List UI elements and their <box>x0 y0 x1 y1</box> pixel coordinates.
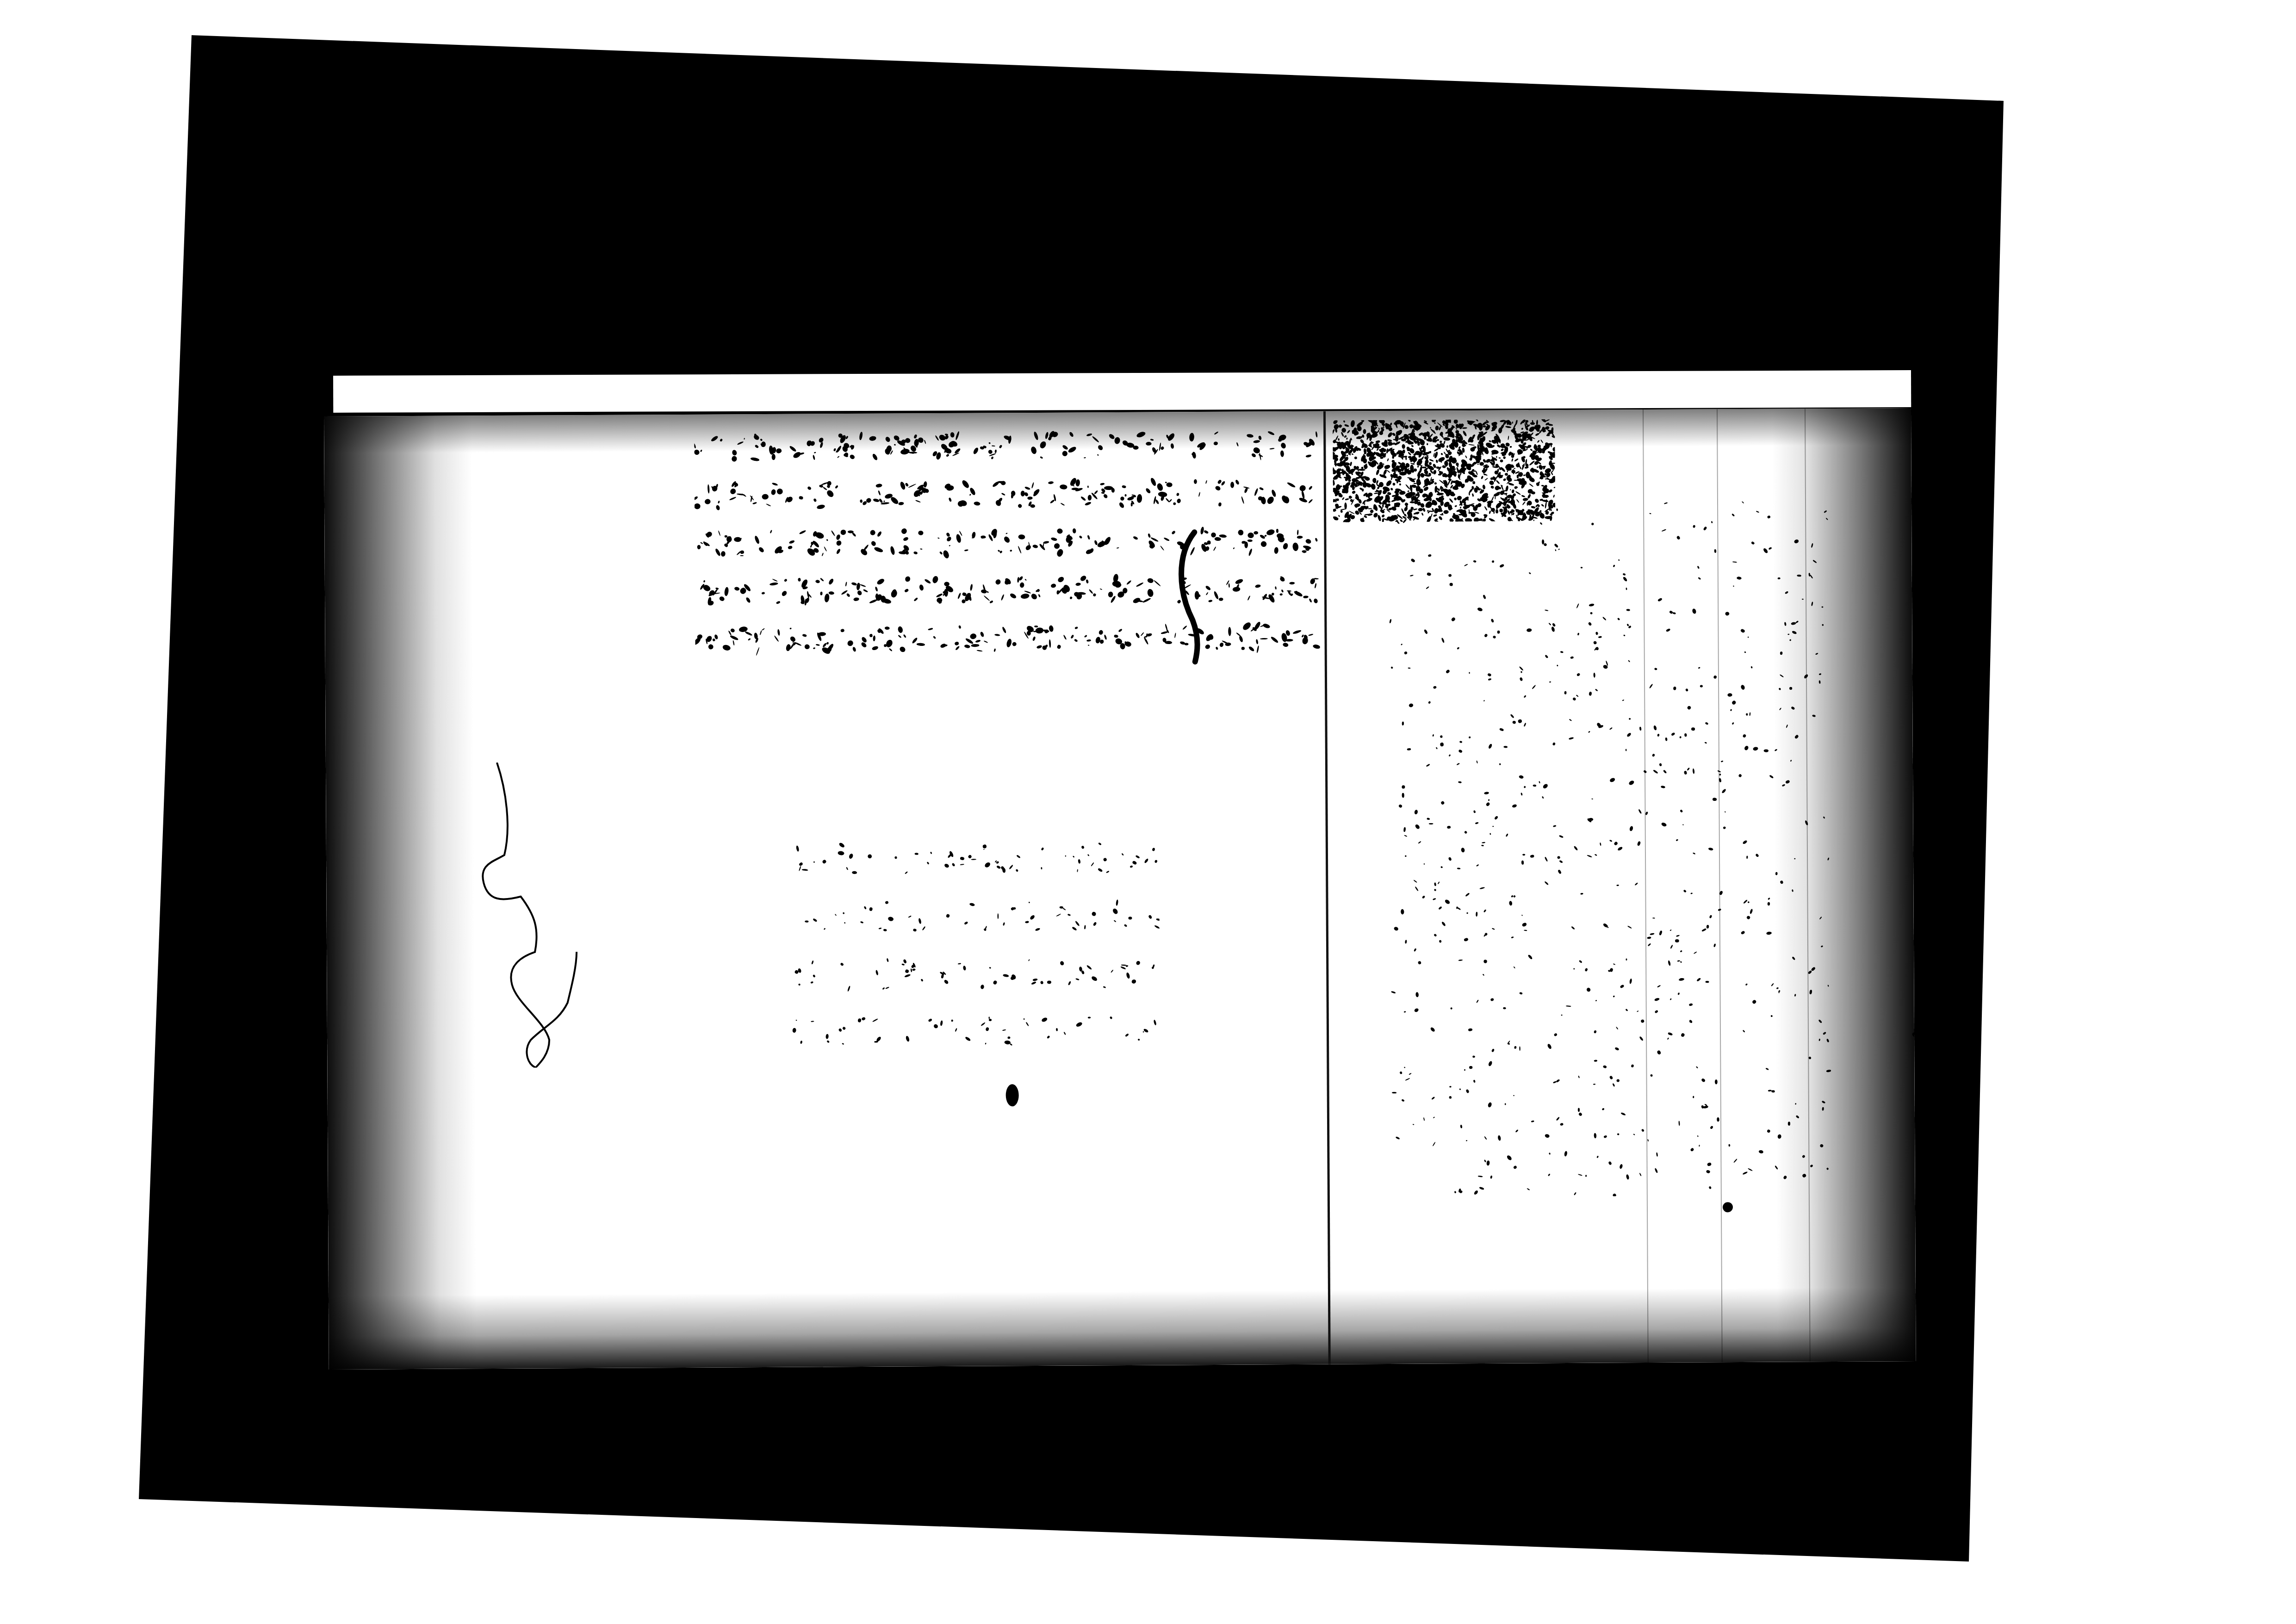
ink-dot <box>1721 1200 1735 1214</box>
page-edge-shadow-left <box>324 415 477 1370</box>
center-gutter-fold <box>1323 411 1331 1364</box>
manuscript-spread: Handwritten text present but illegible d… <box>324 408 1916 1370</box>
page-top-edge <box>333 370 1911 413</box>
right-page-handwriting <box>1389 501 1832 1197</box>
ink-blot <box>1003 1081 1022 1109</box>
handwritten-curved-stroke <box>1167 527 1223 667</box>
stray-thread-artifact <box>478 762 600 1068</box>
left-page-handwriting-lines <box>789 829 1160 1062</box>
left-page-handwriting-block <box>694 421 1320 664</box>
page-edge-shadow-bottom <box>329 1287 1916 1370</box>
